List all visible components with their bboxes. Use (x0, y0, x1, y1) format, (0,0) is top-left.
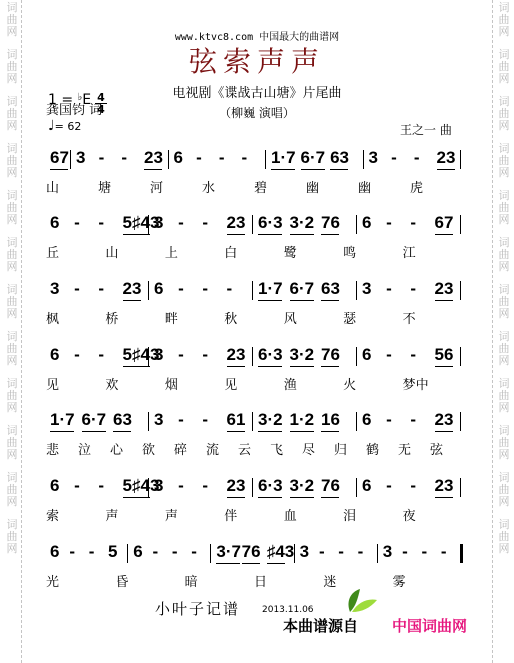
notation-row: 6--56---3·776♯433---3--- (46, 542, 462, 566)
lyric-syllable: 火 (343, 374, 356, 393)
barline (210, 544, 211, 563)
lyric-syllable: 碧 (254, 177, 267, 196)
note: 23 (435, 476, 454, 496)
dash-extension: - (74, 345, 80, 365)
eighth-underline (50, 431, 74, 432)
barline (148, 412, 149, 431)
lyrics-row: 枫桥畔秋风瑟不 (46, 308, 466, 324)
barline (460, 412, 461, 431)
barline (356, 281, 357, 300)
dash-extension: - (191, 542, 197, 562)
watermark-char: 网 (2, 496, 22, 508)
lyrics-row: 光昏暗日迷雾 (46, 571, 466, 587)
eighth-underline (290, 497, 314, 498)
note: 76 (321, 345, 340, 365)
dash-extension: - (74, 279, 80, 299)
note: 6 (362, 476, 371, 496)
lyric-syllable: 瑟 (343, 308, 356, 327)
note: 3 (383, 542, 392, 562)
eighth-underline (242, 563, 260, 564)
note: 6 (133, 542, 142, 562)
barline (252, 215, 253, 234)
lyric-syllable: 碎 (174, 439, 187, 458)
note: 3 (76, 148, 85, 168)
lyric-syllable: 声 (165, 505, 178, 524)
lyric-syllable: 泣 (78, 439, 91, 458)
eighth-underline (290, 366, 314, 367)
lyric-syllable: 伴 (224, 505, 237, 524)
lyrics-row: 悲泣心欲碎流云飞尽归鹤无弦 (46, 439, 466, 455)
eighth-underline (227, 366, 245, 367)
lyric-syllable: 无 (398, 439, 411, 458)
eighth-underline (227, 431, 245, 432)
barline (148, 478, 149, 497)
dash-extension: - (386, 476, 392, 496)
song-title: 弦索声声 (0, 40, 514, 80)
barline (377, 544, 378, 563)
lyric-syllable: 昏 (115, 571, 128, 590)
quarter-note-icon: ♩ (48, 118, 55, 134)
barline (460, 347, 461, 366)
note: 3·2 (290, 213, 315, 233)
lyric-syllable: 欢 (105, 374, 118, 393)
lyric-syllable: 山 (105, 242, 118, 261)
watermark-char: 网 (494, 402, 514, 414)
eighth-underline (435, 300, 453, 301)
note: 23 (123, 279, 142, 299)
dash-extension: - (410, 476, 416, 496)
barline (460, 478, 461, 497)
dash-extension: - (172, 542, 178, 562)
barline (356, 215, 357, 234)
note: 3 (154, 410, 163, 430)
eighth-underline (258, 431, 282, 432)
note: 3·2 (258, 410, 283, 430)
eighth-underline (321, 234, 339, 235)
note: 3 (154, 213, 163, 233)
note: 16 (321, 410, 340, 430)
barline (356, 478, 357, 497)
eighth-underline (123, 234, 150, 235)
eighth-underline (113, 431, 131, 432)
eighth-underline (123, 300, 141, 301)
lyric-syllable: 上 (165, 242, 178, 261)
lyric-syllable: 塘 (98, 177, 111, 196)
lyric-syllable: 江 (403, 242, 416, 261)
dash-extension: - (219, 148, 225, 168)
watermark-char: 网 (2, 120, 22, 132)
note: 5 (108, 542, 117, 562)
dash-extension: - (358, 542, 364, 562)
dash-extension: - (386, 410, 392, 430)
lyric-syllable: 飞 (270, 439, 283, 458)
dash-extension: - (98, 345, 104, 365)
watermark-char: 网 (494, 449, 514, 461)
lyric-syllable: 梦中 (403, 374, 429, 393)
dash-extension: - (69, 542, 75, 562)
note: 6 (50, 345, 59, 365)
note: 23 (227, 213, 246, 233)
lyric-syllable: 尽 (302, 439, 315, 458)
dash-extension: - (98, 213, 104, 233)
lyric-syllable: 丘 (46, 242, 59, 261)
note: 3·2 (290, 476, 315, 496)
note: 3 (50, 279, 59, 299)
watermark-char: 网 (2, 355, 22, 367)
dash-extension: - (386, 279, 392, 299)
barline (294, 544, 295, 563)
eighth-underline (82, 431, 106, 432)
lyrics-row: 索声声伴血泪夜 (46, 505, 466, 521)
barline (168, 150, 169, 169)
leaf-icon (340, 588, 378, 614)
lyric-syllable: 归 (334, 439, 347, 458)
note: 6·3 (258, 476, 283, 496)
eighth-underline (267, 563, 285, 564)
lyric-syllable: 泪 (343, 505, 356, 524)
eighth-underline (227, 497, 245, 498)
dash-extension: - (421, 542, 427, 562)
lyric-syllable: 秋 (224, 308, 237, 327)
dash-extension: - (338, 542, 344, 562)
dash-extension: - (74, 213, 80, 233)
dash-extension: - (196, 148, 202, 168)
lyric-syllable: 弦 (430, 439, 443, 458)
note: 6 (50, 213, 59, 233)
lyric-syllable: 见 (224, 374, 237, 393)
note: 56 (435, 345, 454, 365)
dash-extension: - (386, 345, 392, 365)
dash-extension: - (121, 148, 127, 168)
eighth-underline (321, 431, 339, 432)
composer-credit: 王之一 曲 (400, 121, 452, 138)
dash-extension: - (98, 476, 104, 496)
note: 6·7 (301, 148, 326, 168)
lyric-syllable: 不 (403, 308, 416, 327)
note: 3 (154, 345, 163, 365)
dash-extension: - (202, 345, 208, 365)
barline (148, 215, 149, 234)
dash-extension: - (410, 345, 416, 365)
eighth-underline (330, 169, 348, 170)
lyric-syllable: 欲 (142, 439, 155, 458)
lyric-syllable: 风 (284, 308, 297, 327)
barline (148, 281, 149, 300)
note: 6 (362, 213, 371, 233)
watermark-char: 网 (494, 496, 514, 508)
lyric-syllable: 雾 (393, 571, 406, 590)
lyrics-row: 丘山上白鹭鸣江 (46, 242, 466, 258)
source-brand-link[interactable]: 中国词曲网 (392, 615, 467, 636)
dash-extension: - (202, 410, 208, 430)
watermark-char: 网 (494, 120, 514, 132)
watermark-char: 网 (494, 308, 514, 320)
notation-row: 6--5♯433--236·33·2766--67 (46, 213, 462, 237)
barline (460, 281, 461, 300)
barline (70, 150, 71, 169)
barline (363, 150, 364, 169)
note: 61 (227, 410, 246, 430)
tempo-marking: ♩= 62 (48, 118, 81, 134)
note: 6·3 (258, 345, 283, 365)
note: 23 (144, 148, 163, 168)
note: 6 (362, 410, 371, 430)
lyric-syllable: 白 (224, 242, 237, 261)
dash-extension: - (74, 476, 80, 496)
barline (252, 412, 253, 431)
eighth-underline (435, 497, 453, 498)
barline (148, 347, 149, 366)
watermark-char: 网 (2, 449, 22, 461)
note: 6 (362, 345, 371, 365)
lyric-syllable: 夜 (403, 505, 416, 524)
dash-extension: - (178, 279, 184, 299)
dash-extension: - (414, 148, 420, 168)
note: 3 (369, 148, 378, 168)
eighth-underline (435, 366, 453, 367)
note: 67 (435, 213, 454, 233)
dash-extension: - (178, 476, 184, 496)
eighth-underline (435, 431, 453, 432)
lyric-syllable: 迷 (323, 571, 336, 590)
note: 1·7 (50, 410, 75, 430)
eighth-underline (144, 169, 162, 170)
watermark-char: 网 (2, 402, 22, 414)
dash-extension: - (410, 279, 416, 299)
lyric-syllable: 悲 (46, 439, 59, 458)
dash-extension: - (202, 213, 208, 233)
eighth-underline (321, 497, 339, 498)
eighth-underline (321, 366, 339, 367)
note: 63 (113, 410, 132, 430)
lyric-syllable: 畔 (165, 308, 178, 327)
note: 76 (321, 213, 340, 233)
dash-extension: - (242, 148, 248, 168)
eighth-underline (290, 234, 314, 235)
final-barline (460, 544, 463, 563)
note: 6 (154, 279, 163, 299)
watermark-char: 网 (2, 214, 22, 226)
note: 6 (50, 542, 59, 562)
barline (127, 544, 128, 563)
lyricist-credit: 龚国钧 词 (46, 99, 466, 115)
lyric-syllable: 血 (284, 505, 297, 524)
notation-row: 1·76·7633--613·21·2166--23 (46, 410, 462, 434)
dash-extension: - (178, 213, 184, 233)
eighth-underline (258, 497, 282, 498)
barline (252, 478, 253, 497)
dash-extension: - (319, 542, 325, 562)
notation-row: 6--5♯433--236·33·2766--23 (46, 476, 462, 500)
lyric-syllable: 鸣 (343, 242, 356, 261)
note: 63 (330, 148, 349, 168)
dash-extension: - (402, 542, 408, 562)
record-date: 2013.11.06 (262, 605, 314, 615)
note: 6·7 (290, 279, 315, 299)
lyric-syllable: 幽 (306, 177, 319, 196)
watermark-char: 网 (494, 214, 514, 226)
note: 63 (321, 279, 340, 299)
note: 1·2 (290, 410, 315, 430)
lyric-syllable: 渔 (284, 374, 297, 393)
eighth-underline (301, 169, 325, 170)
eighth-underline (258, 300, 282, 301)
note: 76 (321, 476, 340, 496)
eighth-underline (258, 366, 282, 367)
note: 23 (437, 148, 456, 168)
barline (460, 215, 461, 234)
note: 6·7 (82, 410, 107, 430)
lyric-syllable: 虎 (410, 177, 423, 196)
lyric-syllable: 枫 (46, 308, 59, 327)
eighth-underline (271, 169, 295, 170)
lyric-syllable: 水 (202, 177, 215, 196)
dash-extension: - (89, 542, 95, 562)
note: 23 (227, 345, 246, 365)
lyric-syllable: 索 (46, 505, 59, 524)
note: 3 (300, 542, 309, 562)
dash-extension: - (227, 279, 233, 299)
barline (356, 347, 357, 366)
lyric-syllable: 烟 (165, 374, 178, 393)
lyric-syllable: 光 (46, 571, 59, 590)
eighth-underline (258, 234, 282, 235)
note: 23 (227, 476, 246, 496)
lyric-syllable: 声 (105, 505, 118, 524)
lyric-syllable: 流 (206, 439, 219, 458)
dash-extension: - (386, 213, 392, 233)
watermark-char: 网 (2, 167, 22, 179)
note: 3 (154, 476, 163, 496)
dash-extension: - (178, 410, 184, 430)
note: 1·7 (258, 279, 283, 299)
barline (356, 412, 357, 431)
watermark-char: 网 (494, 261, 514, 273)
lyric-syllable: 见 (46, 374, 59, 393)
eighth-underline (50, 169, 68, 170)
dash-extension: - (98, 279, 104, 299)
watermark-char: 网 (494, 167, 514, 179)
note: 76 (242, 542, 261, 562)
barline (460, 150, 461, 169)
eighth-underline (123, 497, 150, 498)
recorder-signature: 小叶子记谱 (155, 598, 240, 619)
watermark-char: 网 (2, 261, 22, 273)
lyric-syllable: 云 (238, 439, 251, 458)
note: 3·2 (290, 345, 315, 365)
dash-extension: - (99, 148, 105, 168)
lyrics-row: 见欢烟见渔火梦中 (46, 374, 466, 390)
notation-row: 3--236---1·76·7633--23 (46, 279, 462, 303)
eighth-underline (123, 366, 150, 367)
note: 67 (50, 148, 69, 168)
eighth-underline (216, 563, 240, 564)
note: ♯43 (267, 542, 294, 562)
dash-extension: - (202, 476, 208, 496)
barline (252, 281, 253, 300)
lyric-syllable: 鹤 (366, 439, 379, 458)
barline (265, 150, 266, 169)
note: 1·7 (271, 148, 296, 168)
note: 23 (435, 410, 454, 430)
watermark-char: 网 (494, 543, 514, 555)
watermark-char: 网 (2, 543, 22, 555)
eighth-underline (435, 234, 453, 235)
eighth-underline (321, 300, 339, 301)
note: 6 (50, 476, 59, 496)
lyric-syllable: 河 (150, 177, 163, 196)
notation-row: 6--5♯433--236·33·2766--56 (46, 345, 462, 369)
note: 6 (174, 148, 183, 168)
note: 3 (362, 279, 371, 299)
barline (252, 347, 253, 366)
lyric-syllable: 暗 (185, 571, 198, 590)
eighth-underline (290, 431, 314, 432)
dash-extension: - (178, 345, 184, 365)
eighth-underline (437, 169, 455, 170)
lyric-syllable: 日 (254, 571, 267, 590)
dash-extension: - (441, 542, 447, 562)
lyric-syllable: 山 (46, 177, 59, 196)
lyrics-row: 山塘河水碧幽幽虎 (46, 177, 466, 193)
tempo-value: = 62 (55, 120, 82, 133)
note: 23 (435, 279, 454, 299)
watermark-char: 网 (2, 308, 22, 320)
dash-extension: - (391, 148, 397, 168)
lyric-syllable: 心 (110, 439, 123, 458)
eighth-underline (290, 300, 314, 301)
lyric-syllable: 桥 (105, 308, 118, 327)
dash-extension: - (410, 213, 416, 233)
note: 6·3 (258, 213, 283, 233)
source-label: 本曲谱源自 (283, 615, 358, 636)
lyric-syllable: 鹭 (284, 242, 297, 261)
dash-extension: - (153, 542, 159, 562)
notation-row: 673--236---1·76·7633--23 (46, 148, 462, 172)
dash-extension: - (202, 279, 208, 299)
dash-extension: - (410, 410, 416, 430)
lyric-syllable: 幽 (358, 177, 371, 196)
eighth-underline (227, 234, 245, 235)
watermark-char: 网 (494, 355, 514, 367)
note: 3·7 (216, 542, 241, 562)
